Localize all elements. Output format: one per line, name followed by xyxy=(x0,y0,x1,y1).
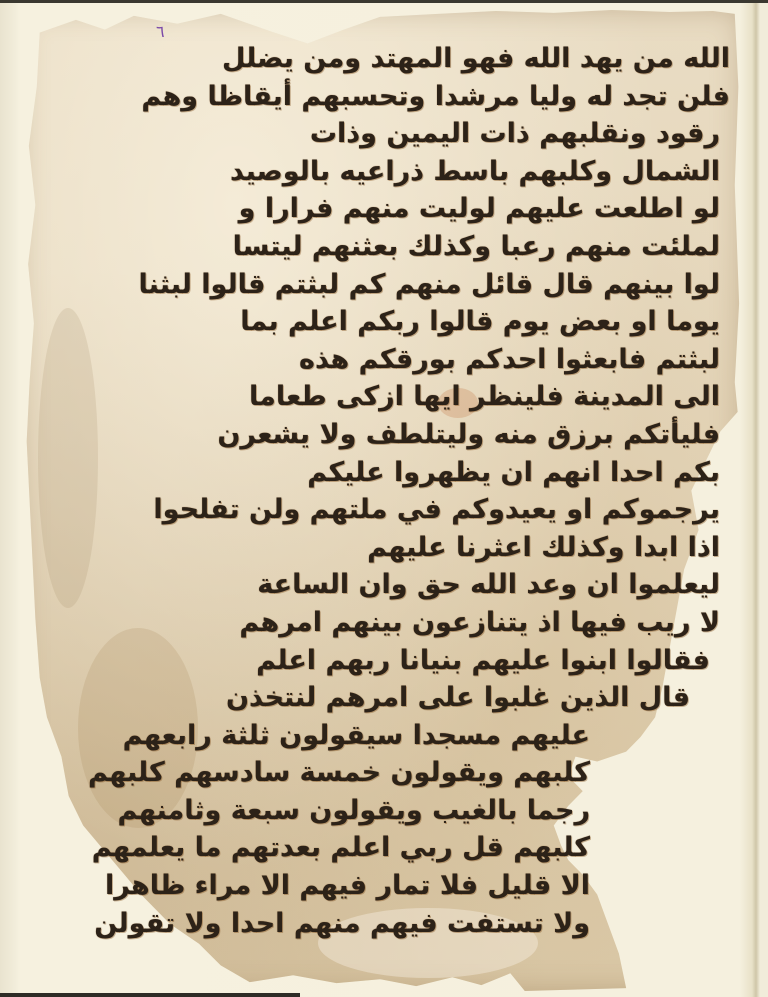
script-line: الله من يهد الله فهو المهتد ومن يضلل xyxy=(30,40,730,78)
script-line: الشمال وكلبهم باسط ذراعيه بالوصيد xyxy=(30,153,720,191)
script-line: لملئت منهم رعبا وكذلك بعثنهم ليتسا xyxy=(30,228,720,266)
script-line: يوما او بعض يوم قالوا ربكم اعلم بما xyxy=(30,303,720,341)
script-line: ليعلموا ان وعد الله حق وان الساعة xyxy=(30,566,720,604)
script-line: لو اطلعت عليهم لوليت منهم فرارا و xyxy=(30,190,720,228)
script-line: فلن تجد له وليا مرشدا وتحسبهم أيقاظا وهم xyxy=(30,78,730,116)
script-line: قال الذين غلبوا على امرهم لنتخذن xyxy=(30,679,690,717)
script-line: كلبهم ويقولون خمسة سادسهم كلبهم xyxy=(30,754,590,792)
script-line: عليهم مسجدا سيقولون ثلثة رابعهم xyxy=(30,717,590,755)
script-line: كلبهم قل ربي اعلم بعدتهم ما يعلمهم xyxy=(30,829,590,867)
script-line: ولا تستفت فيهم منهم احدا ولا تقولن xyxy=(30,905,590,943)
script-line: اذا ابدا وكذلك اعثرنا عليهم xyxy=(30,529,720,567)
frame-strip-bottom xyxy=(0,993,300,997)
manuscript-text-block: الله من يهد الله فهو المهتد ومن يضلل فلن… xyxy=(30,40,730,942)
script-line: فقالوا ابنوا عليهم بنيانا ربهم اعلم xyxy=(30,642,710,680)
script-line: فليأتكم برزق منه وليتلطف ولا يشعرن xyxy=(30,416,720,454)
script-line: لوا بينهم قال قائل منهم كم لبثتم قالوا ل… xyxy=(30,266,720,304)
script-line: الى المدينة فلينظر ايها ازكى طعاما xyxy=(30,378,720,416)
script-line: رقود ونقلبهم ذات اليمين وذات xyxy=(30,115,720,153)
script-line: رجما بالغيب ويقولون سبعة وثامنهم xyxy=(30,792,590,830)
frame-strip-top xyxy=(0,0,768,3)
folio-number-mark: ٦ xyxy=(156,22,165,41)
script-line: لا ريب فيها اذ يتنازعون بينهم امرهم xyxy=(30,604,720,642)
script-line: لبثتم فابعثوا احدكم بورقكم هذه xyxy=(30,341,720,379)
script-line: بكم احدا انهم ان يظهروا عليكم xyxy=(30,454,720,492)
script-line: الا قليل فلا تمار فيهم الا مراء ظاهرا xyxy=(30,867,590,905)
script-line: يرجموكم او يعيدوكم في ملتهم ولن تفلحوا xyxy=(30,491,720,529)
